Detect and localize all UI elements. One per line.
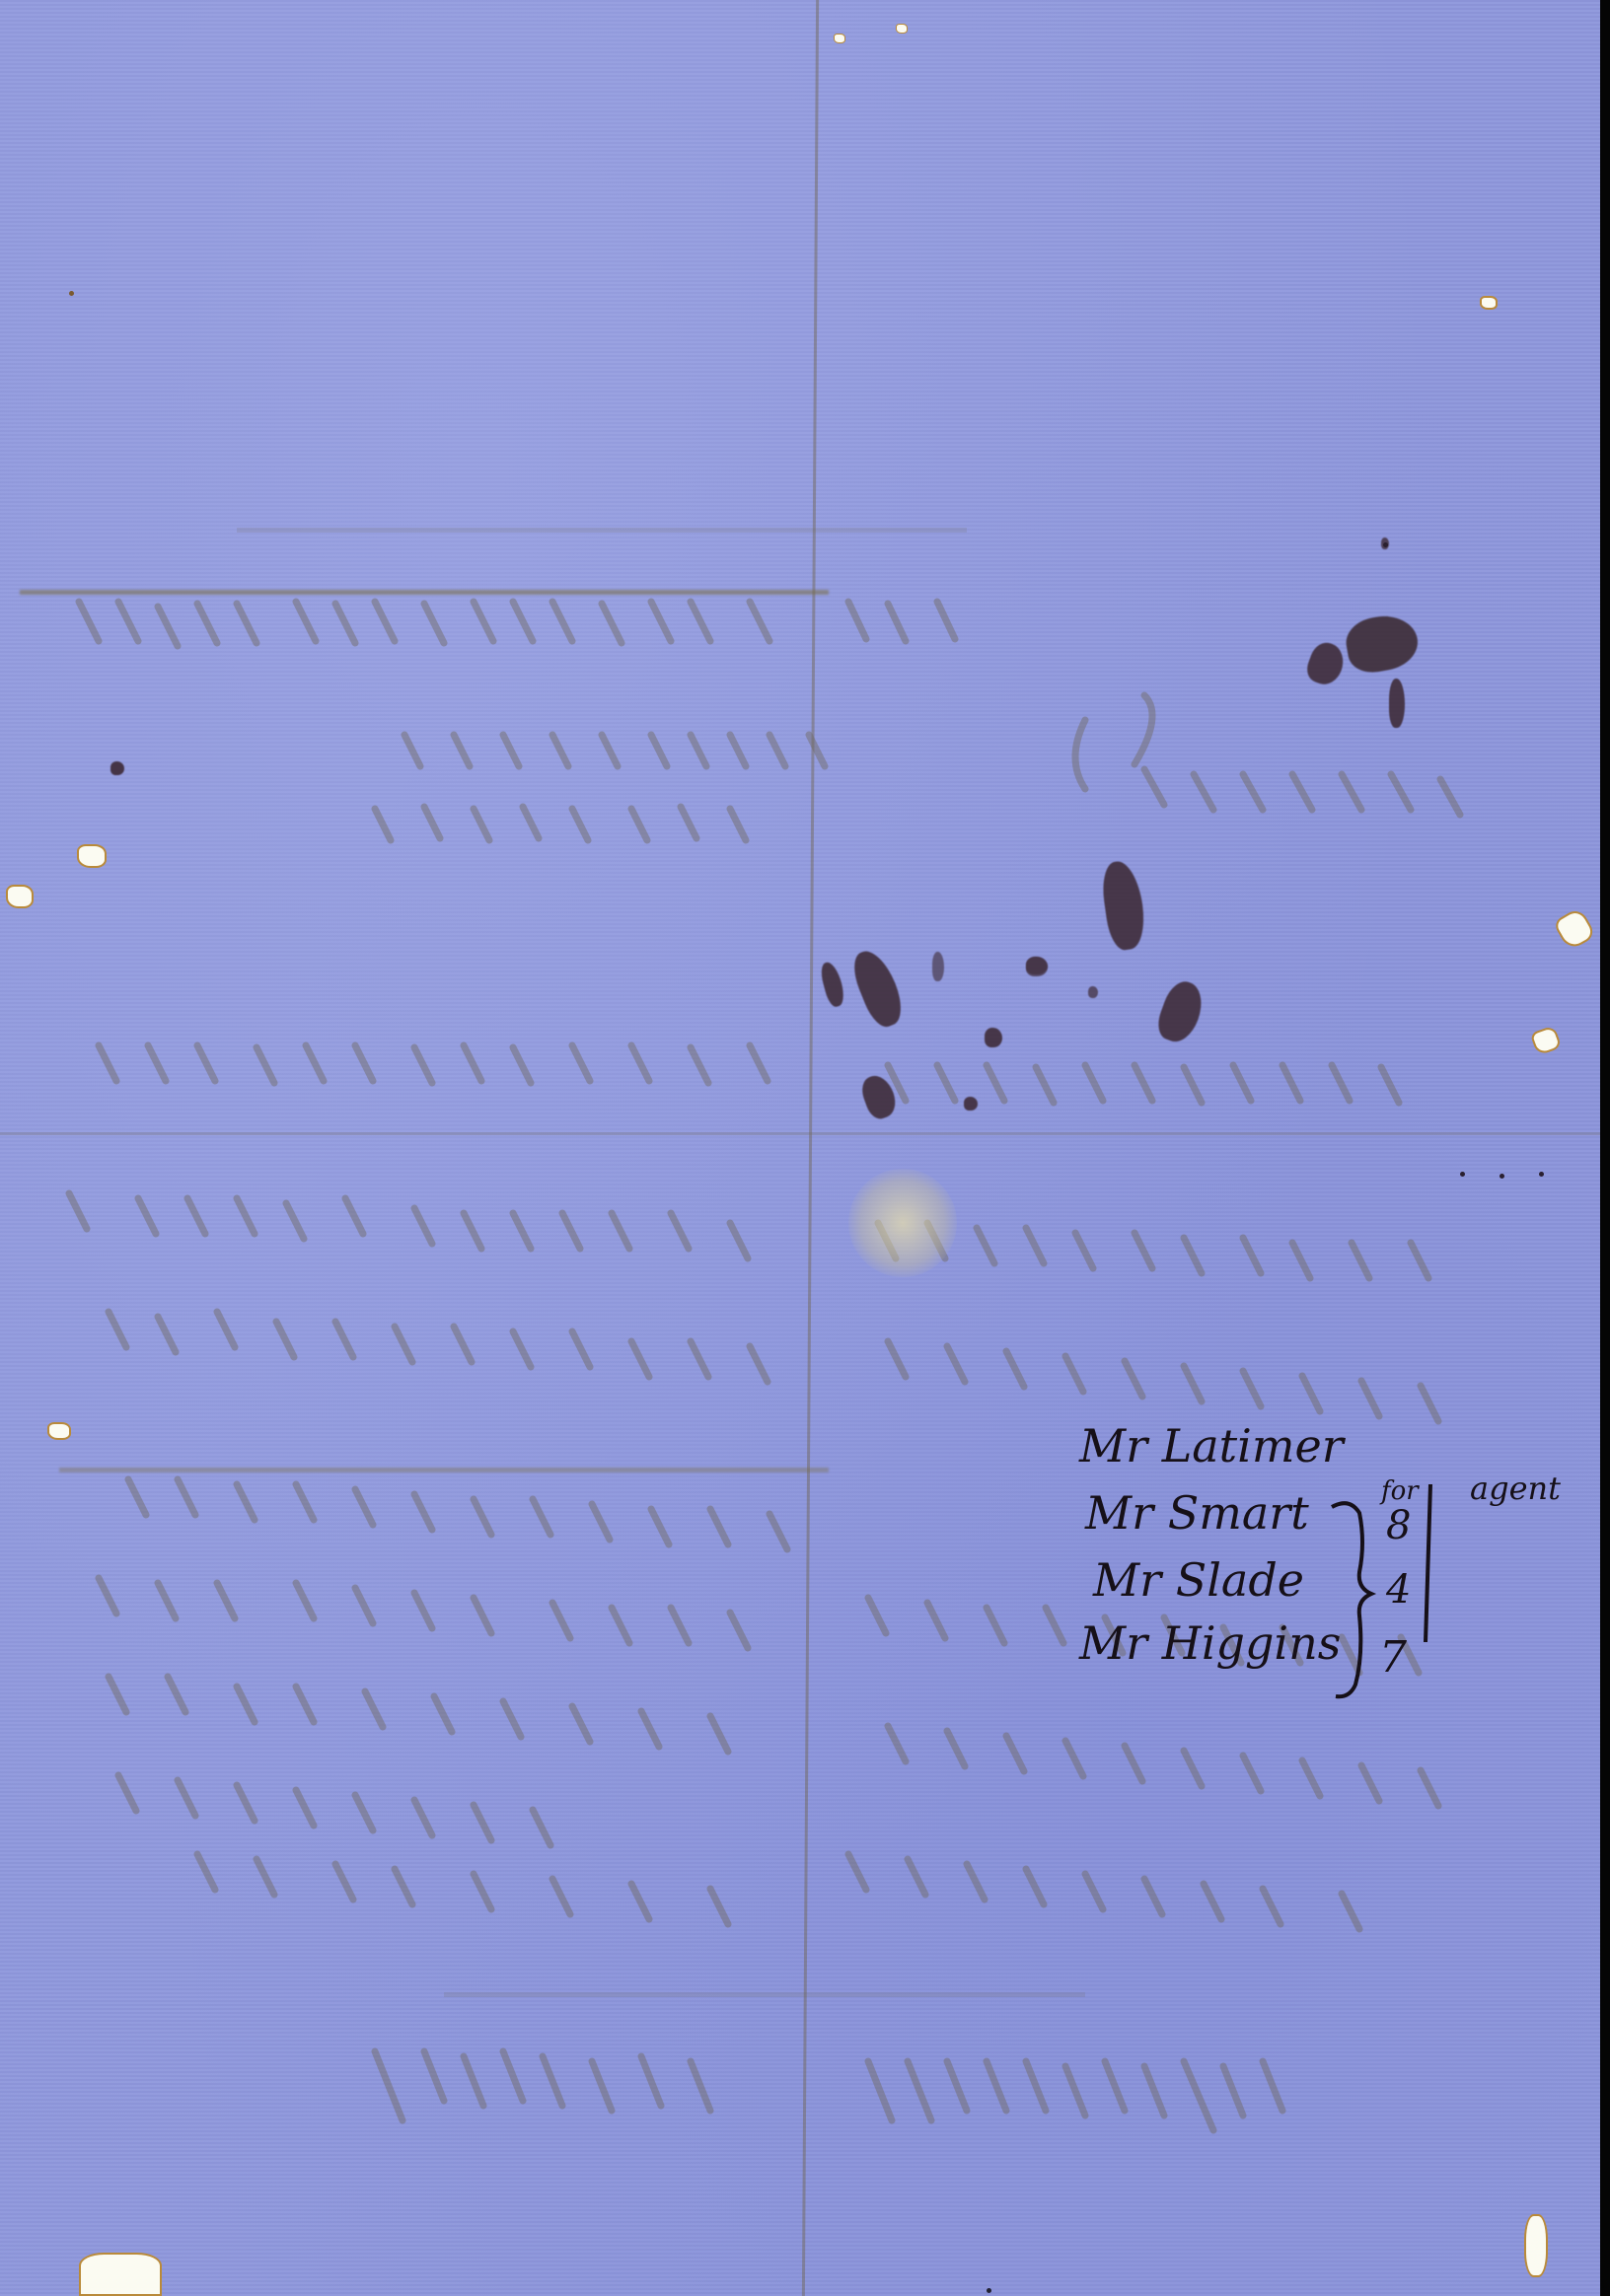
horizontal-crease-upper	[20, 590, 829, 595]
paper-hole	[77, 844, 107, 868]
annotation-name-4: Mr Higgins	[1065, 1400, 1071, 1401]
horizontal-fold-line-middle	[0, 1132, 1600, 1135]
paper-hole	[896, 24, 908, 34]
number-4: 4	[1385, 1567, 1411, 1613]
ink-stain	[857, 1071, 900, 1122]
number-8: 8	[1386, 1503, 1411, 1548]
speck	[987, 2288, 991, 2293]
ink-stain	[1389, 679, 1405, 728]
ink-stain	[1153, 976, 1209, 1046]
paper-hole	[834, 34, 845, 43]
paper-hole	[1530, 1025, 1563, 1055]
name-slade: Mr Slade	[1092, 1553, 1304, 1607]
paper-hole	[6, 885, 34, 908]
paper-hole	[1480, 296, 1498, 310]
ink-stain	[818, 960, 846, 1008]
speck	[1460, 1172, 1465, 1177]
ink-stain	[110, 761, 124, 775]
ink-stain	[964, 1097, 978, 1111]
scan-edge	[1600, 0, 1610, 2296]
name-smart: Mr Smart	[1084, 1486, 1309, 1540]
ink-stain	[1303, 638, 1349, 688]
ink-stain	[846, 945, 909, 1032]
vertical-rule	[1426, 1484, 1430, 1642]
speck	[1539, 1172, 1544, 1177]
handwritten-annotation: Mr Latimer Mr Smart Mr Slade Mr Higgins …	[1065, 1400, 1610, 1716]
ink-stain	[1343, 610, 1422, 677]
ink-stain	[1026, 957, 1048, 974]
paper-hole	[79, 2253, 162, 2296]
name-latimer: Mr Latimer	[1078, 1419, 1347, 1472]
paper-hole	[1524, 2214, 1548, 2277]
bleed-through-script	[0, 0, 1600, 2296]
name-higgins: Mr Higgins	[1078, 1616, 1341, 1670]
speck	[69, 291, 74, 296]
ruled-line-upper	[237, 528, 967, 533]
paper-hole	[1553, 906, 1597, 951]
paper-sheet: Mr Latimer Mr Smart Mr Slade Mr Higgins …	[0, 0, 1600, 2296]
number-7: 7	[1379, 1632, 1407, 1683]
ink-stain	[1088, 986, 1098, 998]
speck	[1383, 542, 1388, 547]
horizontal-crease-lower	[59, 1468, 829, 1472]
for-label: for	[1379, 1476, 1420, 1506]
ruled-line-lower	[444, 1992, 1085, 1997]
bleach-spot	[848, 1169, 957, 1277]
paper-hole	[47, 1422, 71, 1440]
ink-stain	[985, 1028, 1002, 1047]
agent-note: agent	[1470, 1470, 1561, 1507]
ink-stain	[1099, 859, 1148, 952]
ink-stain	[932, 952, 944, 981]
speck	[1500, 1174, 1504, 1179]
vertical-fold-line	[802, 0, 819, 2296]
